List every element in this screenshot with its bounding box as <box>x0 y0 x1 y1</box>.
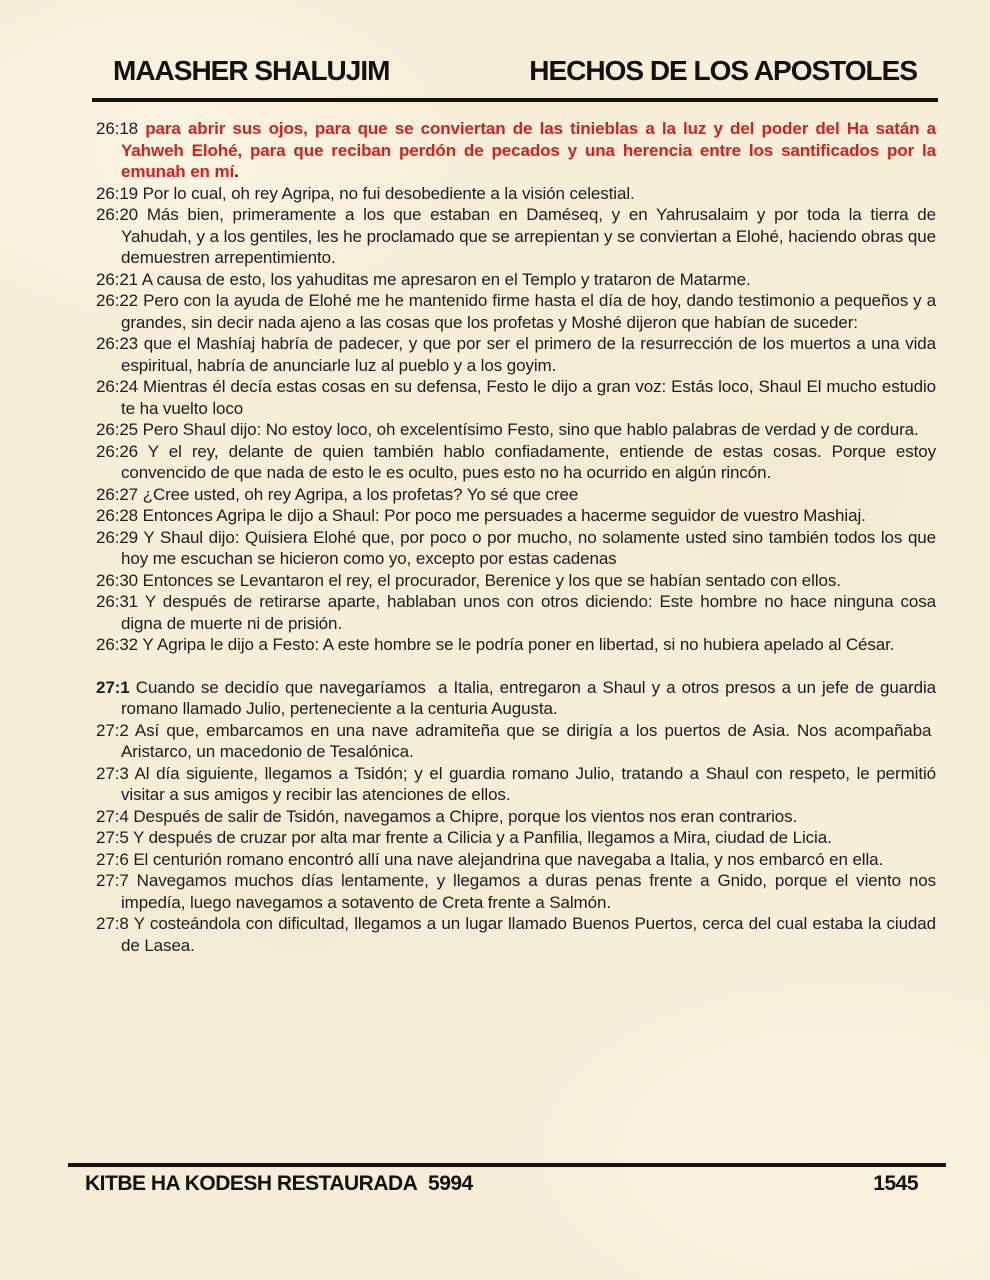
verse-text: Pero Shaul dijo: No estoy loco, oh excel… <box>143 420 919 439</box>
verse-number: 27:1 <box>96 678 136 697</box>
footer-rule <box>68 1163 946 1167</box>
verse-number: 26:31 <box>96 592 145 611</box>
verse-text: Así que, embarcamos en una nave adramite… <box>121 721 936 762</box>
verse: 27:6 El centurión romano encontró allí u… <box>96 849 936 871</box>
verse-text: que el Mashíaj habría de padecer, y que … <box>121 334 936 375</box>
verse: 26:32 Y Agripa le dijo a Festo: A este h… <box>96 634 936 656</box>
verse-text: Pero con la ayuda de Elohé me he manteni… <box>121 291 936 332</box>
verse: 26:23 que el Mashíaj habría de padecer, … <box>96 333 936 376</box>
page-header: MAASHER SHALUJIM HECHOS DE LOS APOSTOLES <box>113 55 917 87</box>
verse-text: Y costeándola con dificultad, llegamos a… <box>121 914 936 955</box>
verse: 26:18 para abrir sus ojos, para que se c… <box>96 118 936 183</box>
verse-text: Al día siguiente, llegamos a Tsidón; y e… <box>121 764 936 805</box>
verse-number: 26:19 <box>96 184 143 203</box>
footer-page-number: 1545 <box>873 1172 918 1196</box>
verse-text: Mientras él decía estas cosas en su defe… <box>121 377 936 418</box>
verse-text: Y después de retirarse aparte, hablaban … <box>121 592 936 633</box>
verse-text: para abrir sus ojos, para que se convier… <box>121 119 936 181</box>
verse-number: 26:20 <box>96 205 147 224</box>
verse-text: Y Agripa le dijo a Festo: A este hombre … <box>142 635 894 654</box>
verse: 27:1 Cuando se decidío que navegaríamos … <box>96 677 936 720</box>
verse-number: 27:2 <box>96 721 135 740</box>
verse: 26:30 Entonces se Levantaron el rey, el … <box>96 570 936 592</box>
verse-number: 26:21 <box>96 270 142 289</box>
verse-number: 26:22 <box>96 291 143 310</box>
page-footer: KITBE HA KODESH RESTAURADA 5994 1545 <box>85 1172 918 1196</box>
verse: 27:5 Y después de cruzar por alta mar fr… <box>96 827 936 849</box>
verse-text: Por lo cual, oh rey Agripa, no fui desob… <box>143 184 635 203</box>
verse-text: A causa de esto, los yahuditas me apresa… <box>142 270 751 289</box>
verse-number: 27:3 <box>96 764 134 783</box>
scripture-page: MAASHER SHALUJIM HECHOS DE LOS APOSTOLES… <box>0 0 990 1280</box>
verse-text: Y el rey, delante de quien también hablo… <box>121 442 936 483</box>
verse-suffix: . <box>234 162 239 181</box>
verse-number: 26:27 <box>96 485 143 504</box>
header-right-title: HECHOS DE LOS APOSTOLES <box>529 55 917 87</box>
verse-number: 26:29 <box>96 528 143 547</box>
verse: 27:3 Al día siguiente, llegamos a Tsidón… <box>96 763 936 806</box>
verse-number: 26:25 <box>96 420 143 439</box>
verse-text: ¿Cree usted, oh rey Agripa, a los profet… <box>143 485 579 504</box>
verse: 26:27 ¿Cree usted, oh rey Agripa, a los … <box>96 484 936 506</box>
verse-number: 26:18 <box>96 119 145 138</box>
verse: 26:31 Y después de retirarse aparte, hab… <box>96 591 936 634</box>
verse: 27:2 Así que, embarcamos en una nave adr… <box>96 720 936 763</box>
verse-number: 27:6 <box>96 850 133 869</box>
verse: 27:7 Navegamos muchos días lentamente, y… <box>96 870 936 913</box>
verse: 26:24 Mientras él decía estas cosas en s… <box>96 376 936 419</box>
verse: 26:28 Entonces Agripa le dijo a Shaul: P… <box>96 505 936 527</box>
verse: 26:25 Pero Shaul dijo: No estoy loco, oh… <box>96 419 936 441</box>
verse-number: 27:4 <box>96 807 133 826</box>
verse: 26:20 Más bien, primeramente a los que e… <box>96 204 936 269</box>
header-rule <box>92 98 938 102</box>
verse-list: 26:18 para abrir sus ojos, para que se c… <box>96 118 936 956</box>
verse-text: Navegamos muchos días lentamente, y lleg… <box>121 871 936 912</box>
verse-number: 26:30 <box>96 571 143 590</box>
verse-number: 26:24 <box>96 377 143 396</box>
verse-number: 27:5 <box>96 828 133 847</box>
footer-book-label: KITBE HA KODESH RESTAURADA 5994 <box>85 1172 473 1196</box>
verse-text: Después de salir de Tsidón, navegamos a … <box>133 807 797 826</box>
verse: 26:19 Por lo cual, oh rey Agripa, no fui… <box>96 183 936 205</box>
verse: 26:21 A causa de esto, los yahuditas me … <box>96 269 936 291</box>
header-left-title: MAASHER SHALUJIM <box>113 55 389 87</box>
verse-text: Más bien, primeramente a los que estaban… <box>121 205 936 267</box>
verse-number: 26:26 <box>96 442 148 461</box>
verse-text: Entonces se Levantaron el rey, el procur… <box>143 571 841 590</box>
verse-text: Y después de cruzar por alta mar frente … <box>133 828 832 847</box>
verse: 26:26 Y el rey, delante de quien también… <box>96 441 936 484</box>
verse: 27:8 Y costeándola con dificultad, llega… <box>96 913 936 956</box>
verse-number: 26:28 <box>96 506 143 525</box>
verse: 27:4 Después de salir de Tsidón, navegam… <box>96 806 936 828</box>
verse-text: Cuando se decidío que navegaríamos a Ita… <box>121 678 936 719</box>
verse-text: El centurión romano encontró allí una na… <box>133 850 883 869</box>
verse-text: Entonces Agripa le dijo a Shaul: Por poc… <box>143 506 866 525</box>
verse-number: 26:23 <box>96 334 144 353</box>
verse-number: 27:8 <box>96 914 134 933</box>
verse-number: 27:7 <box>96 871 137 890</box>
verse-number: 26:32 <box>96 635 142 654</box>
verse-text: Y Shaul dijo: Quisiera Elohé que, por po… <box>121 528 936 569</box>
verse: 26:29 Y Shaul dijo: Quisiera Elohé que, … <box>96 527 936 570</box>
verse: 26:22 Pero con la ayuda de Elohé me he m… <box>96 290 936 333</box>
